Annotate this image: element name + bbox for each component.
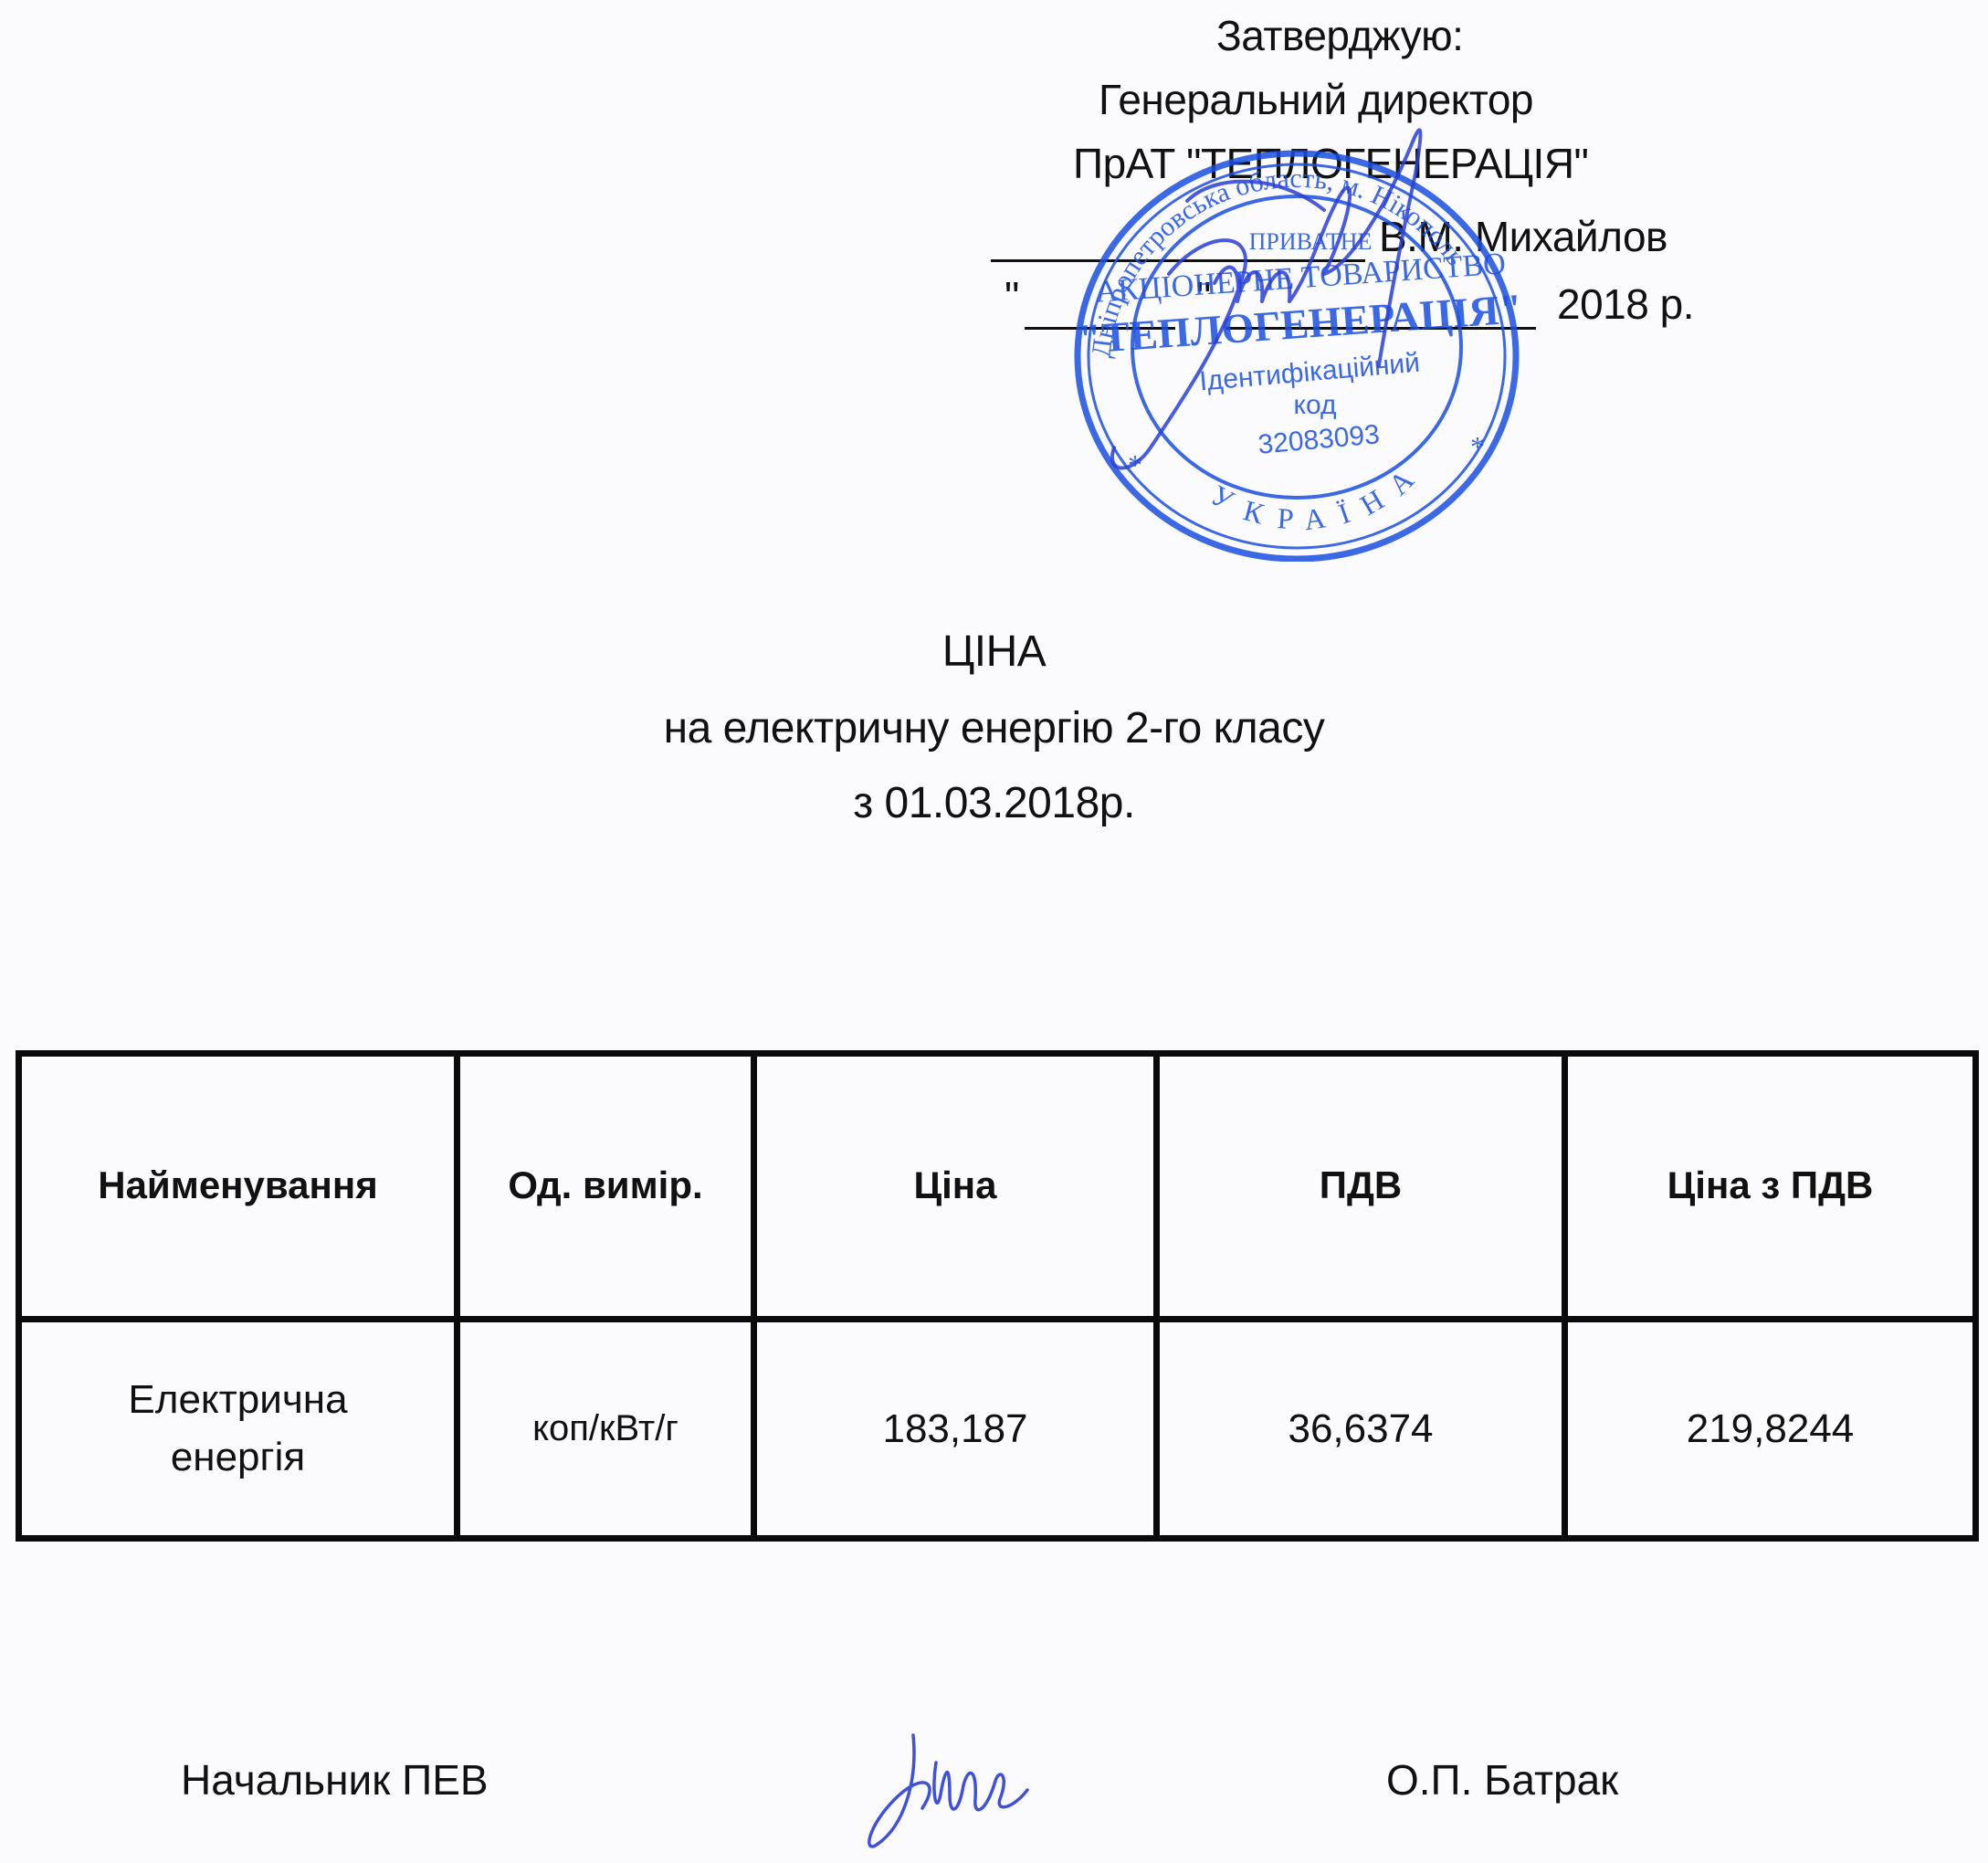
date-quote-open: " xyxy=(1005,272,1019,321)
cell-price-with-vat: 219,8244 xyxy=(1565,1319,1976,1538)
price-table: Найменування Од. вимір. Ціна ПДВ Ціна з … xyxy=(16,1050,1979,1542)
svg-text:*: * xyxy=(1128,448,1142,481)
svg-text:32083093: 32083093 xyxy=(1257,419,1381,460)
cell-name-line2: енергія xyxy=(171,1435,305,1479)
date-month-line xyxy=(1225,327,1536,330)
svg-text:ПРИВАТНЕ: ПРИВАТНЕ xyxy=(1249,228,1373,255)
footer-signer-position: Начальник ПЕВ xyxy=(181,1755,489,1805)
effective-date: з 01.03.2018р. xyxy=(0,778,1988,828)
header-price: Ціна xyxy=(754,1054,1157,1320)
date-quote-close: " xyxy=(1196,272,1211,321)
approver-organization: ПрАТ "ТЕПЛОГЕНЕРАЦІЯ" xyxy=(1073,139,1588,188)
svg-text:"ТЕПЛОГЕНЕРАЦІЯ": "ТЕПЛОГЕНЕРАЦІЯ" xyxy=(1077,285,1523,363)
head-signature-icon xyxy=(849,1726,1123,1854)
cell-name: Електрична енергія xyxy=(19,1319,458,1538)
company-stamp-icon: Дніпропетровська область, м. Нікополь УК… xyxy=(1041,142,1552,562)
signature-line xyxy=(991,259,1365,262)
header-unit: Од. вимір. xyxy=(458,1054,754,1320)
cell-vat: 36,6374 xyxy=(1157,1319,1565,1538)
table-row: Електрична енергія коп/кВт/г 183,187 36,… xyxy=(19,1319,1976,1538)
svg-text:*: * xyxy=(1470,430,1485,463)
header-name: Найменування xyxy=(19,1054,458,1320)
header-price-with-vat: Ціна з ПДВ xyxy=(1565,1054,1976,1320)
document-title: ЦІНА xyxy=(0,626,1988,677)
svg-text:код: код xyxy=(1294,390,1337,420)
cell-unit: коп/кВт/г xyxy=(458,1319,754,1538)
footer-signer-name: О.П. Батрак xyxy=(1386,1755,1618,1805)
approver-position: Генеральний директор xyxy=(1099,75,1533,124)
approval-year: 2018 р. xyxy=(1557,279,1694,329)
table-header-row: Найменування Од. вимір. Ціна ПДВ Ціна з … xyxy=(19,1054,1976,1320)
approve-label: Затверджую: xyxy=(1216,11,1463,60)
header-vat: ПДВ xyxy=(1157,1054,1565,1320)
cell-name-line1: Електрична xyxy=(128,1377,347,1422)
date-day-line xyxy=(1025,327,1175,330)
svg-text:Ідентифікаційний: Ідентифікаційний xyxy=(1198,348,1421,397)
approver-name: В.М. Михайлов xyxy=(1379,212,1667,261)
document-subtitle: на електричну енергію 2-го класу xyxy=(0,703,1988,753)
svg-text:УКРАЇНА: УКРАЇНА xyxy=(1205,451,1431,536)
cell-price: 183,187 xyxy=(754,1319,1157,1538)
